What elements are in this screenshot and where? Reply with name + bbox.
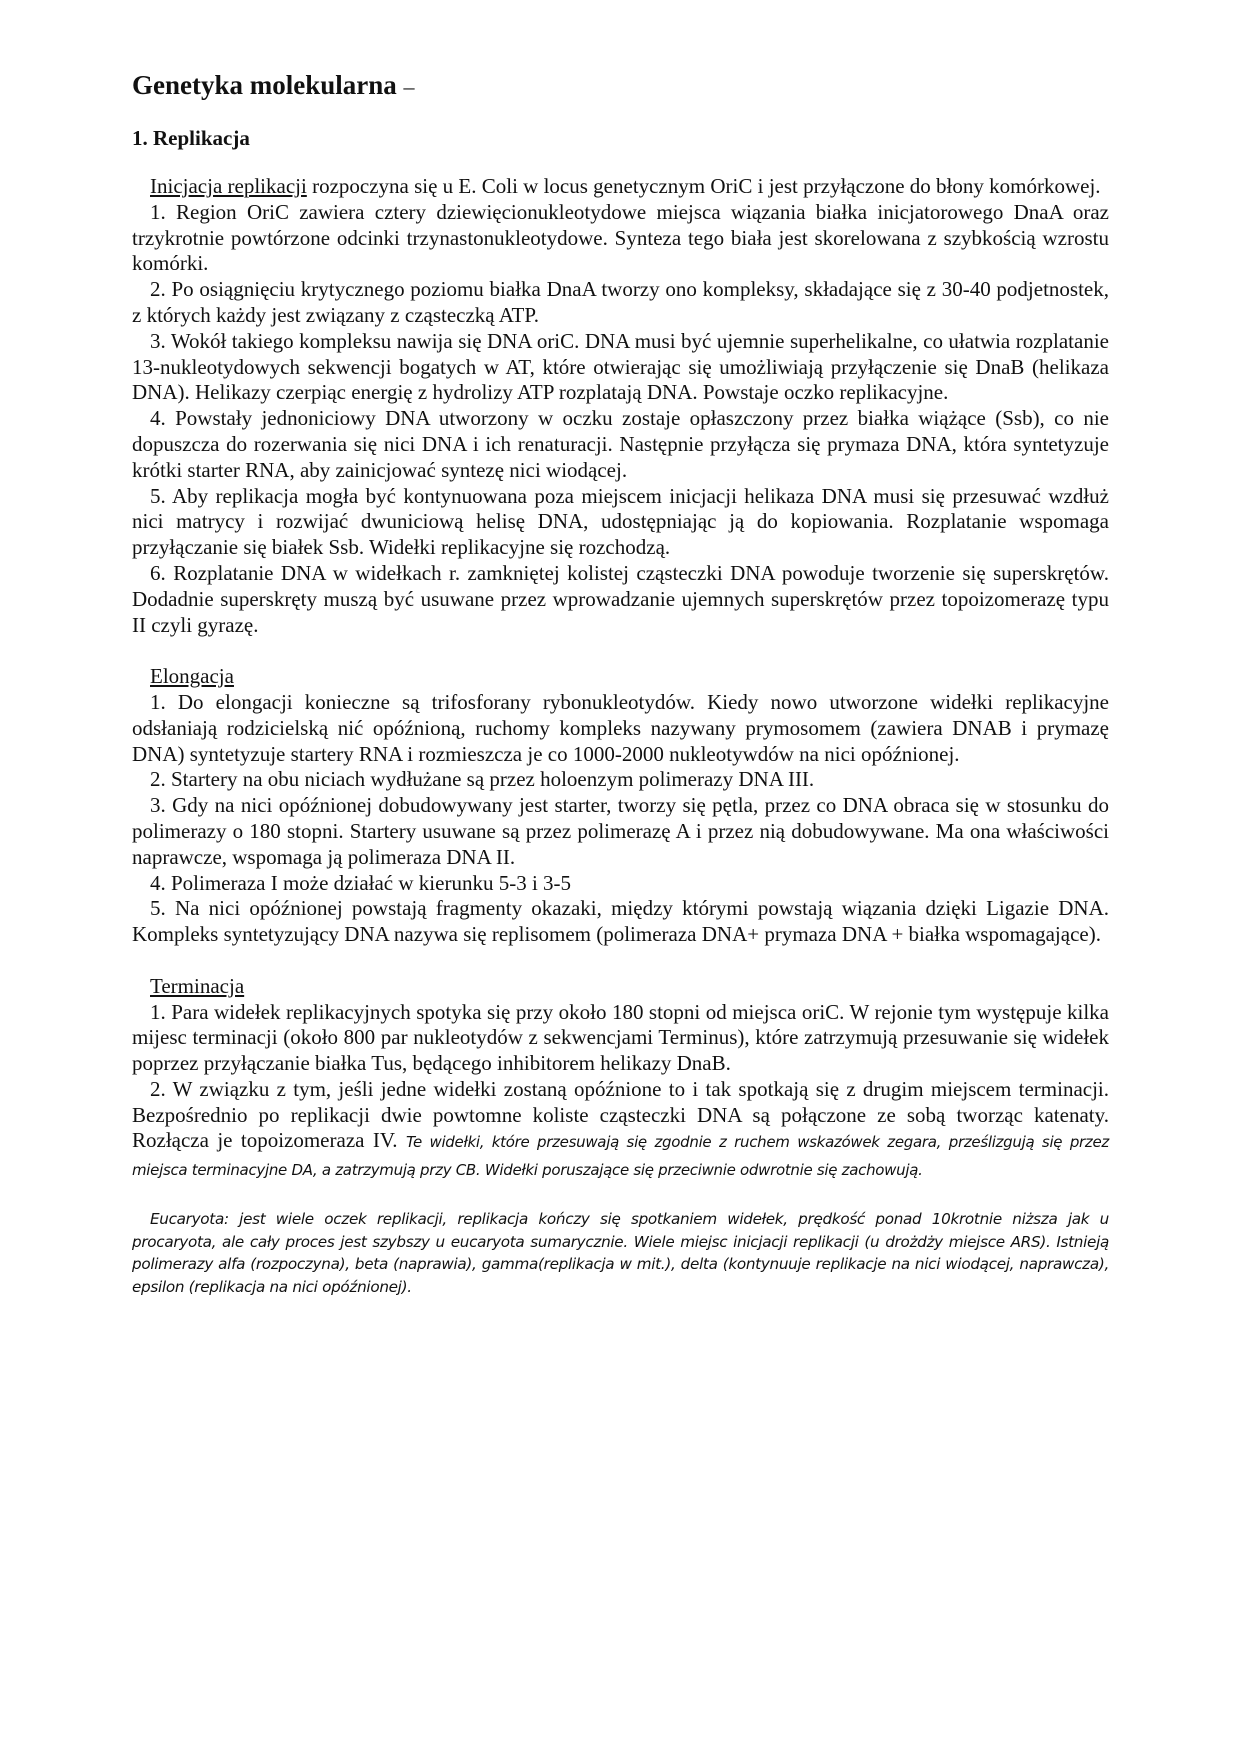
elongation-heading-text: Elongacja	[150, 664, 234, 688]
termination-item-2: 2. W związku z tym, jeśli jedne widełki …	[132, 1077, 1109, 1184]
initiation-item-4: 4. Powstały jednoniciowy DNA utworzony w…	[132, 406, 1109, 483]
initiation-item-1: 1. Region OriC zawiera cztery dziewięcio…	[132, 200, 1109, 277]
elongation-item-2: 2. Startery na obu niciach wydłużane są …	[132, 767, 1109, 793]
elongation-item-1: 1. Do elongacji konieczne są trifosforan…	[132, 690, 1109, 767]
section-heading-replikacja: 1. Replikacja	[132, 124, 1109, 152]
document-page: Genetyka molekularna – 1. Replikacja Ini…	[132, 68, 1109, 1298]
elongation-item-3: 3. Gdy na nici opóźnionej dobudowywany j…	[132, 793, 1109, 870]
initiation-item-3: 3. Wokół takiego kompleksu nawija się DN…	[132, 329, 1109, 406]
termination-item-1: 1. Para widełek replikacyjnych spotyka s…	[132, 1000, 1109, 1077]
initiation-intro-text: rozpoczyna się u E. Coli w locus genetyc…	[307, 174, 1101, 198]
document-title: Genetyka molekularna –	[132, 68, 1109, 104]
eukaryota-note: Eucaryota: jest wiele oczek replikacji, …	[132, 1208, 1109, 1298]
termination-heading: Terminacja	[132, 974, 1109, 1000]
termination-heading-text: Terminacja	[150, 974, 244, 998]
title-dash: –	[404, 74, 415, 99]
initiation-item-5: 5. Aby replikacja mogła być kontynuowana…	[132, 484, 1109, 561]
initiation-heading: Inicjacja replikacji	[150, 174, 307, 198]
initiation-item-2: 2. Po osiągnięciu krytycznego poziomu bi…	[132, 277, 1109, 329]
initiation-item-6: 6. Rozplatanie DNA w widełkach r. zamkni…	[132, 561, 1109, 638]
title-text: Genetyka molekularna	[132, 70, 397, 100]
elongation-item-5: 5. Na nici opóźnionej powstają fragmenty…	[132, 896, 1109, 948]
elongation-item-4: 4. Polimeraza I może działać w kierunku …	[132, 871, 1109, 897]
initiation-intro: Inicjacja replikacji rozpoczyna się u E.…	[132, 174, 1109, 200]
elongation-heading: Elongacja	[132, 664, 1109, 690]
